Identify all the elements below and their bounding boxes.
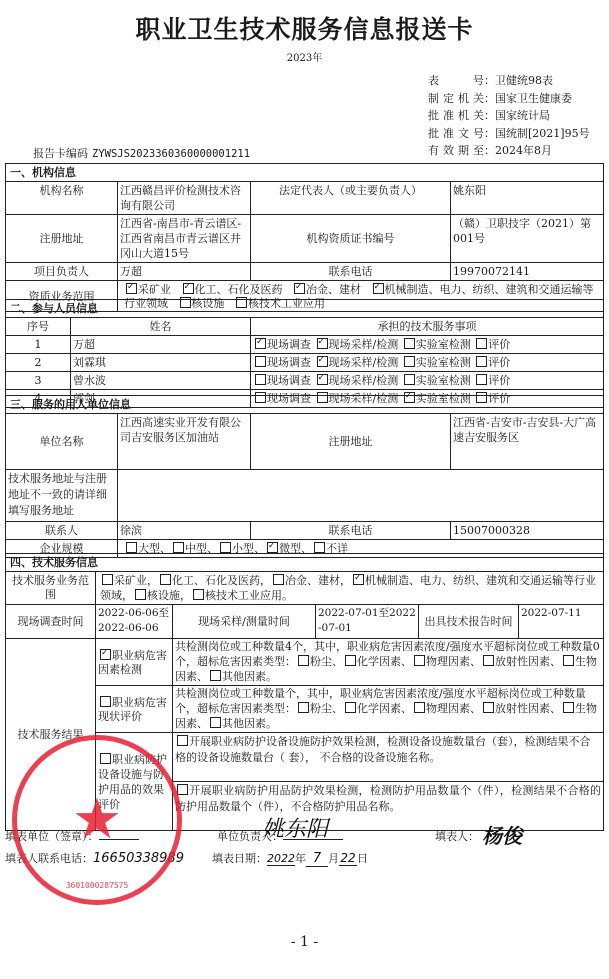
checkbox-nuclear-facility[interactable] (135, 589, 146, 600)
checkbox-lab-test[interactable] (404, 356, 415, 367)
checkbox-other-factor[interactable] (210, 670, 221, 681)
report-time: 2022-07-11 (519, 605, 604, 639)
col-header-name: 姓名 (71, 318, 251, 336)
meta-row-approval-no: 批准文号：国统制[2021]95号 (428, 125, 590, 143)
col-header-no: 序号 (6, 318, 71, 336)
org-info-table: 一、机构信息 机构名称 江西赣昌评价检测技术咨询有限公司 法定代表人（或主要负责… (5, 163, 604, 312)
checkbox-mining[interactable] (102, 574, 113, 585)
org-reg-addr: 江西省-南昌市-青云谱区-江西省南昌市青云谱区井冈山大道15号 (118, 215, 251, 263)
card-code-label: 报告卡编码 (33, 147, 88, 160)
checkbox-physical-factor[interactable] (414, 702, 425, 713)
checkbox-sampling[interactable] (317, 374, 328, 385)
checkbox-size-micro[interactable] (267, 542, 278, 553)
service-addr (118, 470, 604, 522)
seal-number: 3601000287575 (17, 881, 177, 890)
form-meta: 表 号：卫健统98表 制定机关：国家卫生健康委 批准机关：国家统计局 批准文号：… (428, 72, 590, 160)
section-1-title: 一、机构信息 (6, 164, 604, 182)
report-time-label: 出具技术报告时间 (419, 605, 519, 639)
checkbox-biological-factor[interactable] (563, 702, 574, 713)
person-row: 3 曾水波 现场调查 现场采样/检测 实验室检测 评价 (6, 372, 604, 390)
legal-rep-label: 法定代表人（或主要负责人） (251, 182, 451, 215)
checkbox-status-eval[interactable] (100, 696, 111, 707)
checkbox-biological-factor[interactable] (563, 655, 574, 666)
org-name-label: 机构名称 (6, 182, 118, 215)
checkbox-dust[interactable] (298, 655, 309, 666)
status-eval-text: 共检测岗位或工种数量个，其中，职业病危害因素浓度/强度水平超标岗位或工种数量个，… (173, 686, 604, 733)
checkbox-metallurgy[interactable] (294, 283, 305, 294)
contact: 徐滨 (118, 522, 251, 540)
checkbox-other-factor[interactable] (210, 717, 221, 728)
legal-rep: 姚东阳 (451, 182, 604, 215)
unit-head-signature: 姚东阳 (262, 812, 328, 843)
footer-date: 填表日期：2022年7月22日 (212, 850, 368, 867)
org-reg-addr-label: 注册地址 (6, 215, 118, 263)
checkbox-mining[interactable] (126, 283, 137, 294)
checkbox-equipment-test[interactable] (177, 735, 188, 746)
hazard-detect-text: 共检测岗位或工种数量4个，其中，职业病危害因素浓度/强度水平超标岗位或工种数量0… (173, 639, 604, 686)
personnel-table: 二、参与人员信息 序号 姓名 承担的技术服务事项 1 万超 现场调查 现场采样/… (5, 299, 604, 408)
unit-phone: 15007000328 (451, 522, 604, 540)
checkbox-size-large[interactable] (126, 542, 137, 553)
checkbox-site-survey[interactable] (255, 356, 266, 367)
status-eval-option: 职业病危害现状评价 (96, 686, 173, 733)
person-tasks: 现场调查 现场采样/检测 实验室检测 评价 (251, 372, 604, 390)
footer-filler: 填表人： (435, 828, 479, 844)
card-code-value: ZYWSJS2023360360000001211 (92, 148, 250, 160)
checkbox-chemical-factor[interactable] (345, 655, 356, 666)
footer-filler-phone: 填表人联系电话：16650338989 (5, 850, 184, 866)
checkbox-size-small[interactable] (220, 542, 231, 553)
checkbox-machinery[interactable] (353, 574, 364, 585)
employer-table: 三、服务的用人单位信息 单位名称 江西高速实业开发有限公司吉安服务区加油站 注册… (5, 395, 604, 558)
unit-phone-label: 联系电话 (251, 522, 451, 540)
checkbox-sampling[interactable] (317, 338, 328, 349)
checkbox-machinery[interactable] (373, 283, 384, 294)
person-row: 1 万超 现场调查 现场采样/检测 实验室检测 评价 (6, 336, 604, 354)
checkbox-radiation-factor[interactable] (483, 702, 494, 713)
equipment-test-text: 开展职业病防护设备设施防护效果检测，检测设备设施数量台（套），检测结果不合格的设… (173, 733, 604, 782)
checkbox-chemical-factor[interactable] (345, 702, 356, 713)
date-month: 7 (306, 851, 328, 867)
checkbox-lab-test[interactable] (404, 374, 415, 385)
checkbox-evaluation[interactable] (476, 374, 487, 385)
col-header-tasks: 承担的技术服务事项 (251, 318, 604, 336)
service-scope: 采矿业，化工、石化及医药，冶金、建材，机械制造、电力、纺织、建筑和交通运输等行业… (96, 572, 604, 605)
checkbox-size-unknown[interactable] (314, 542, 325, 553)
pm-label: 项目负责人 (6, 263, 118, 281)
contact-label: 联系人 (6, 522, 118, 540)
filler-signature: 杨俊 (482, 820, 522, 849)
service-scope-label: 技术服务业务范围 (6, 572, 96, 605)
hazard-detect-option: 职业病危害因素检测 (96, 639, 173, 686)
checkbox-evaluation[interactable] (476, 338, 487, 349)
service-addr-label: 技术服务地址与注册地址不一致的请详细填写服务地址 (6, 470, 118, 522)
footer-unit: 填表单位（签章）： (5, 828, 139, 844)
checkbox-nuclear-tech[interactable] (193, 589, 204, 600)
sampling-time: 2022-07-01至2022-07-01 (316, 605, 419, 639)
person-tasks: 现场调查 现场采样/检测 实验室检测 评价 (251, 336, 604, 354)
form-year: 2023年 (0, 49, 609, 64)
person-row: 2 刘霖琪 现场调查 现场采样/检测 实验室检测 评价 (6, 354, 604, 372)
meta-row-valid-until: 有效期至：2024年8月 (428, 142, 590, 160)
checkbox-evaluation[interactable] (476, 356, 487, 367)
page-number: - 1 - (0, 934, 609, 950)
date-year: 2022 (267, 852, 295, 866)
checkbox-site-survey[interactable] (255, 374, 266, 385)
section-2-title: 二、参与人员信息 (6, 300, 604, 318)
checkbox-site-survey[interactable] (255, 338, 266, 349)
ppe-test-text: 开展职业病防护用品防护效果检测，检测防护用品数量个（件），检测结果不合格的防护用… (173, 782, 604, 831)
checkbox-lab-test[interactable] (404, 338, 415, 349)
survey-time: 2022-06-06至2022-06-06 (96, 605, 173, 639)
checkbox-hazard-detect[interactable] (100, 649, 111, 660)
org-phone-label: 联系电话 (251, 263, 451, 281)
unit-reg-addr-label: 注册地址 (251, 414, 451, 470)
checkbox-protection-eval[interactable] (100, 753, 111, 764)
checkbox-chemical[interactable] (160, 574, 171, 585)
person-tasks: 现场调查 现场采样/检测 实验室检测 评价 (251, 354, 604, 372)
checkbox-sampling[interactable] (317, 356, 328, 367)
checkbox-dust[interactable] (298, 702, 309, 713)
meta-row-issuer: 制定机关：国家卫生健康委 (428, 90, 590, 108)
org-name: 江西赣昌评价检测技术咨询有限公司 (118, 182, 251, 215)
filler-phone-handwritten: 16650338989 (93, 851, 184, 866)
meta-row-table-no: 表 号：卫健统98表 (428, 72, 590, 90)
meta-row-approver: 批准机关：国家统计局 (428, 107, 590, 125)
checkbox-physical-factor[interactable] (414, 655, 425, 666)
survey-time-label: 现场调查时间 (6, 605, 96, 639)
checkbox-size-medium[interactable] (173, 542, 184, 553)
date-day: 22 (339, 851, 357, 866)
results-label: 技术服务结果 (6, 639, 96, 831)
org-phone: 19970072141 (451, 263, 604, 281)
checkbox-metallurgy[interactable] (273, 574, 284, 585)
card-code: 报告卡编码ZYWSJS2023360360000001211 (33, 145, 250, 161)
checkbox-chemical[interactable] (183, 283, 194, 294)
unit-name-label: 单位名称 (6, 414, 118, 470)
sampling-time-label: 现场采样/测量时间 (173, 605, 316, 639)
unit-reg-addr: 江西省-吉安市-吉安县-大广高速吉安服务区 (451, 414, 604, 470)
service-info-table: 四、技术服务信息 技术服务业务范围 采矿业，化工、石化及医药，冶金、建材，机械制… (5, 553, 604, 831)
checkbox-radiation-factor[interactable] (483, 655, 494, 666)
protection-eval-option: 职业病防护设备设施与防护用品的效果评价 (96, 733, 173, 831)
cert-no: （赣）卫职技字（2021）第001号 (451, 215, 604, 263)
unit-name: 江西高速实业开发有限公司吉安服务区加油站 (118, 414, 251, 470)
cert-label: 机构资质证书编号 (251, 215, 451, 263)
checkbox-ppe-test[interactable] (177, 784, 188, 795)
form-title: 职业卫生技术服务信息报送卡 (0, 10, 609, 46)
section-3-title: 三、服务的用人单位信息 (6, 396, 604, 414)
section-4-title: 四、技术服务信息 (6, 554, 604, 572)
pm: 万超 (118, 263, 251, 281)
